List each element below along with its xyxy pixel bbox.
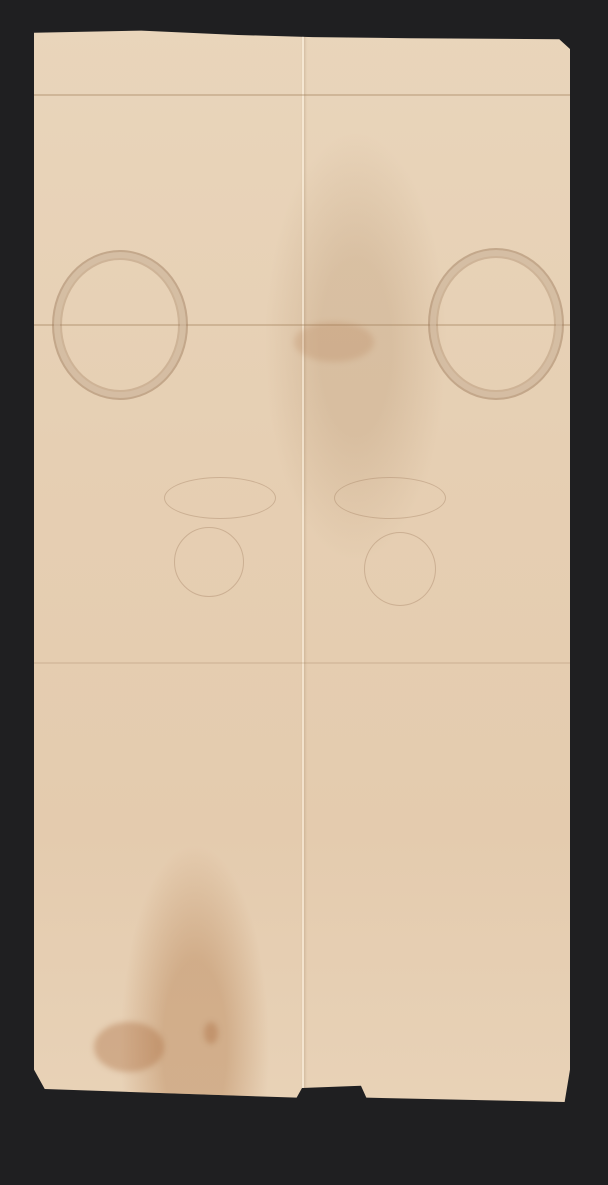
embossed-scroll-right bbox=[334, 477, 446, 519]
horizontal-fold-top bbox=[34, 94, 570, 96]
banknote-reverse bbox=[34, 22, 570, 1102]
embossed-scroll-left bbox=[164, 477, 276, 519]
stain bbox=[204, 1022, 218, 1044]
horizontal-fold-middle bbox=[34, 662, 570, 664]
left-embossed-seal bbox=[52, 250, 188, 400]
embossed-ornament-left bbox=[174, 527, 244, 597]
vertical-fold bbox=[302, 22, 304, 1102]
embossed-ornament-right bbox=[364, 532, 436, 606]
stain bbox=[294, 322, 374, 362]
stain bbox=[94, 1022, 164, 1072]
right-embossed-seal bbox=[428, 248, 564, 400]
